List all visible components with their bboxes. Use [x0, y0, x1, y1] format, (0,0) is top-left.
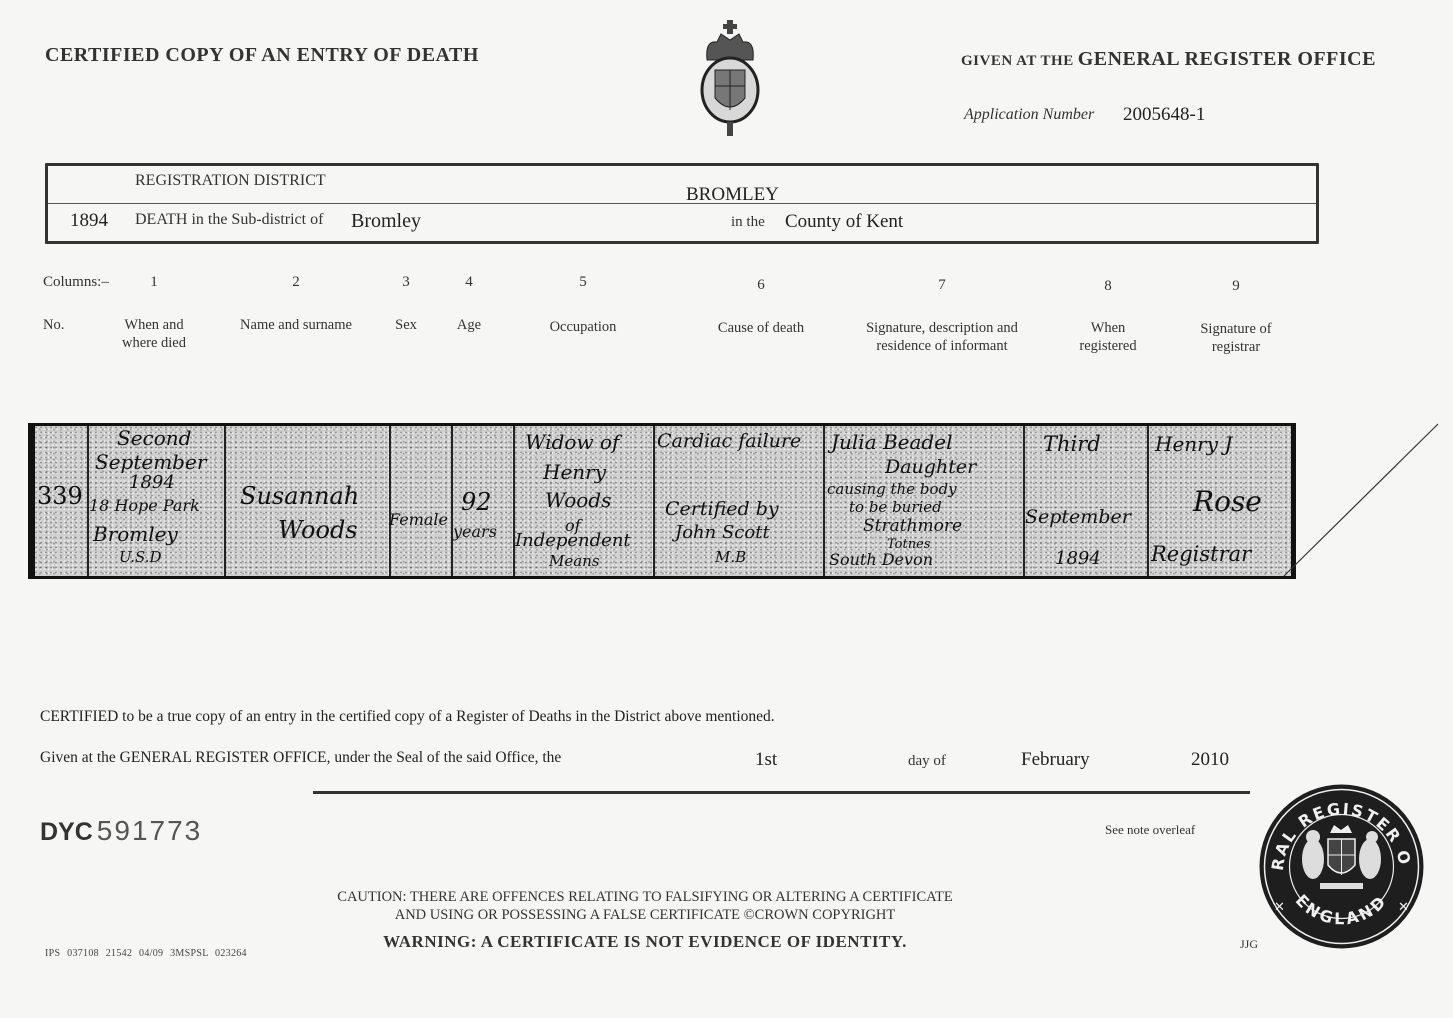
- occupation-cell: Widow of Henry Woods of Independent Mean…: [515, 426, 655, 576]
- county: County of Kent: [785, 211, 903, 233]
- entry-no-cell: 339: [35, 426, 89, 576]
- issuing-office: GIVEN AT THE GENERAL REGISTER OFFICE: [961, 48, 1376, 71]
- given-statement: Given at the GENERAL REGISTER OFFICE, un…: [40, 749, 561, 767]
- serial-prefix: DYC: [40, 818, 93, 846]
- column-number: 6: [741, 277, 781, 294]
- column-header-name: Name and surname: [226, 316, 366, 334]
- column-header-no: No.: [43, 316, 64, 334]
- general-register-office-seal-icon: GENERAL REGISTER OFFICE ENGLAND ✕ ✕: [1258, 783, 1425, 950]
- column-header-age: Age: [449, 316, 489, 334]
- age-cell: 92 years: [453, 426, 515, 576]
- application-number: 2005648-1: [1123, 104, 1205, 126]
- see-note-overleaf: See note overleaf: [1105, 822, 1195, 838]
- column-number: 8: [1088, 278, 1128, 295]
- entry-number: 339: [37, 484, 83, 508]
- issue-year: 2010: [1191, 749, 1229, 771]
- column-header-sex: Sex: [386, 316, 426, 334]
- subdistrict-label: DEATH in the Sub-district of: [135, 211, 323, 229]
- registrar-cell: Henry J Rose Registrar: [1149, 426, 1279, 576]
- application-number-label: Application Number: [964, 106, 1094, 124]
- serial-number: 591773: [97, 815, 202, 846]
- column-header-when-where: When andwhere died: [104, 316, 204, 352]
- column-number: 1: [134, 274, 174, 291]
- county-prefix: in the: [731, 214, 765, 231]
- when-where-cell: Second September 1894 18 Hope Park Broml…: [89, 426, 226, 576]
- subdistrict: Bromley: [351, 210, 421, 233]
- given-at-prefix: GIVEN AT THE: [961, 53, 1074, 69]
- certificate-title: CERTIFIED COPY OF AN ENTRY OF DEATH: [45, 44, 479, 67]
- column-header-occupation: Occupation: [533, 318, 633, 336]
- informant-cell: Julia Beadel Daughter causing the body t…: [825, 426, 1025, 576]
- column-number: 5: [563, 274, 603, 291]
- certificate-serial: DYC591773: [40, 815, 202, 847]
- column-number: 9: [1216, 278, 1256, 295]
- column-header-when-registered: Whenregistered: [1058, 319, 1158, 355]
- column-number: 4: [449, 274, 489, 291]
- office-name: GENERAL REGISTER OFFICE: [1078, 48, 1376, 70]
- print-code: IPS 037108 21542 04/09 3MSPSL 023264: [45, 948, 247, 959]
- name-cell: Susannah Woods: [226, 426, 391, 576]
- cause-cell: Cardiac failure Certified by John Scott …: [655, 426, 825, 576]
- column-header-registrar: Signature ofregistrar: [1186, 320, 1286, 356]
- death-entry-row: 339 Second September 1894 18 Hope Park B…: [28, 423, 1296, 579]
- royal-crest-icon: [697, 20, 763, 138]
- signature-rule: [313, 791, 1250, 794]
- column-header-cause: Cause of death: [701, 319, 821, 337]
- sex-cell: Female: [391, 426, 453, 576]
- columns-label: Columns:–: [43, 274, 109, 291]
- registration-district: BROMLEY: [686, 184, 779, 206]
- registration-year: 1894: [70, 210, 108, 232]
- registration-district-label: REGISTRATION DISTRICT: [135, 172, 326, 190]
- svg-text:✕: ✕: [1398, 900, 1409, 915]
- identity-warning: WARNING: A CERTIFICATE IS NOT EVIDENCE O…: [300, 932, 990, 952]
- column-number: 2: [276, 274, 316, 291]
- when-registered-cell: Third September 1894: [1025, 426, 1149, 576]
- issuer-initials: JJG: [1240, 937, 1258, 952]
- column-header-informant: Signature, description andresidence of i…: [852, 319, 1032, 355]
- cancellation-diagonal-line: [1282, 420, 1442, 580]
- svg-text:✕: ✕: [1274, 900, 1285, 915]
- day-of-label: day of: [908, 753, 946, 770]
- caution-notice: CAUTION: THERE ARE OFFENCES RELATING TO …: [300, 888, 990, 924]
- issue-day: 1st: [755, 749, 777, 771]
- column-number: 3: [386, 274, 426, 291]
- column-number: 7: [922, 277, 962, 294]
- issue-month: February: [1021, 749, 1090, 771]
- certified-statement: CERTIFIED to be a true copy of an entry …: [40, 708, 775, 726]
